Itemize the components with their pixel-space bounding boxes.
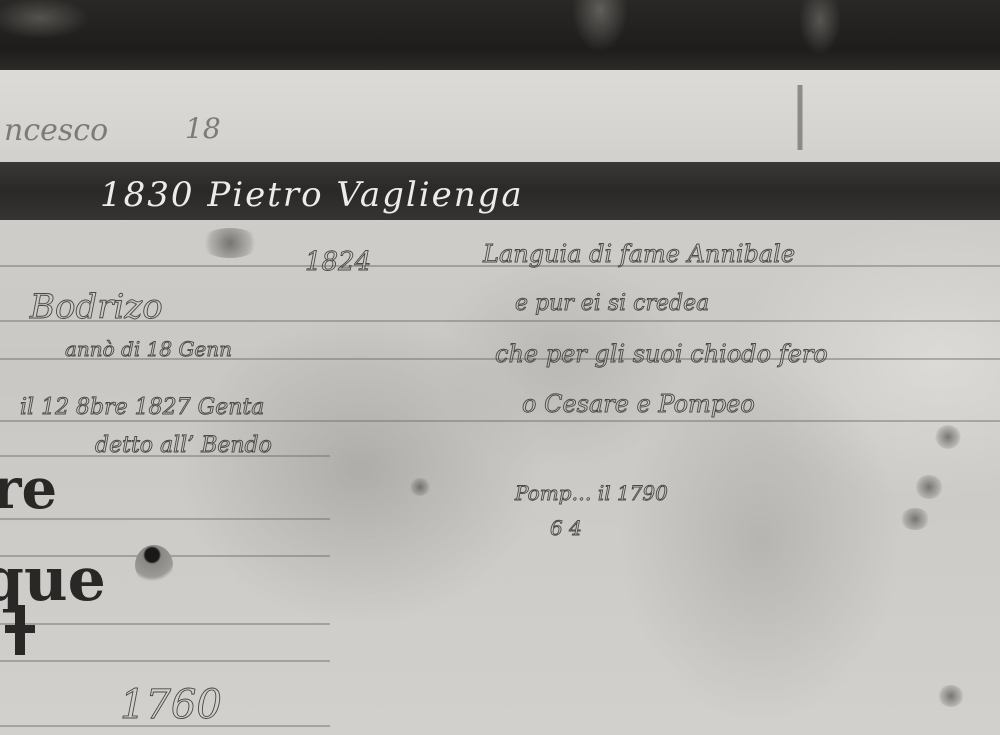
gothic-letters-1: re — [0, 456, 57, 522]
lower-right-inscription-2: 6 4 — [550, 516, 582, 540]
left-line-3: il 12 8bre 1827 Genta — [20, 395, 264, 420]
lower-right-inscription-1: Pomp… il 1790 — [514, 481, 668, 505]
poem-line-3: che per gli suoi chiodo fero — [495, 340, 828, 368]
gothic-cross-stem — [15, 605, 25, 655]
left-line-2: annò di 18 Genn — [65, 337, 232, 361]
upper-band-fragment: ncesco — [4, 113, 108, 148]
poem-line-4: o Cesare e Pompeo — [522, 390, 755, 418]
inscriptions-layer: ncesco 18 1830 Pietro Vaglienga 1824 Bod… — [0, 0, 1000, 735]
upper-band-date: 18 — [185, 112, 221, 145]
bottom-numeral: 1760 — [120, 682, 222, 728]
left-line-4: detto all’ Bendo — [95, 433, 272, 458]
dark-band-inscription: 1830 Pietro Vaglienga — [100, 175, 524, 215]
left-name: Bodrizo — [29, 287, 163, 327]
left-date-1824: 1824 — [305, 247, 371, 277]
poem-line-1: Languia di fame Annibale — [482, 240, 795, 268]
poem-line-2: e pur ei si credea — [515, 291, 709, 316]
wall-photograph: ncesco 18 1830 Pietro Vaglienga 1824 Bod… — [0, 0, 1000, 735]
gothic-letters-2: que — [0, 545, 106, 615]
